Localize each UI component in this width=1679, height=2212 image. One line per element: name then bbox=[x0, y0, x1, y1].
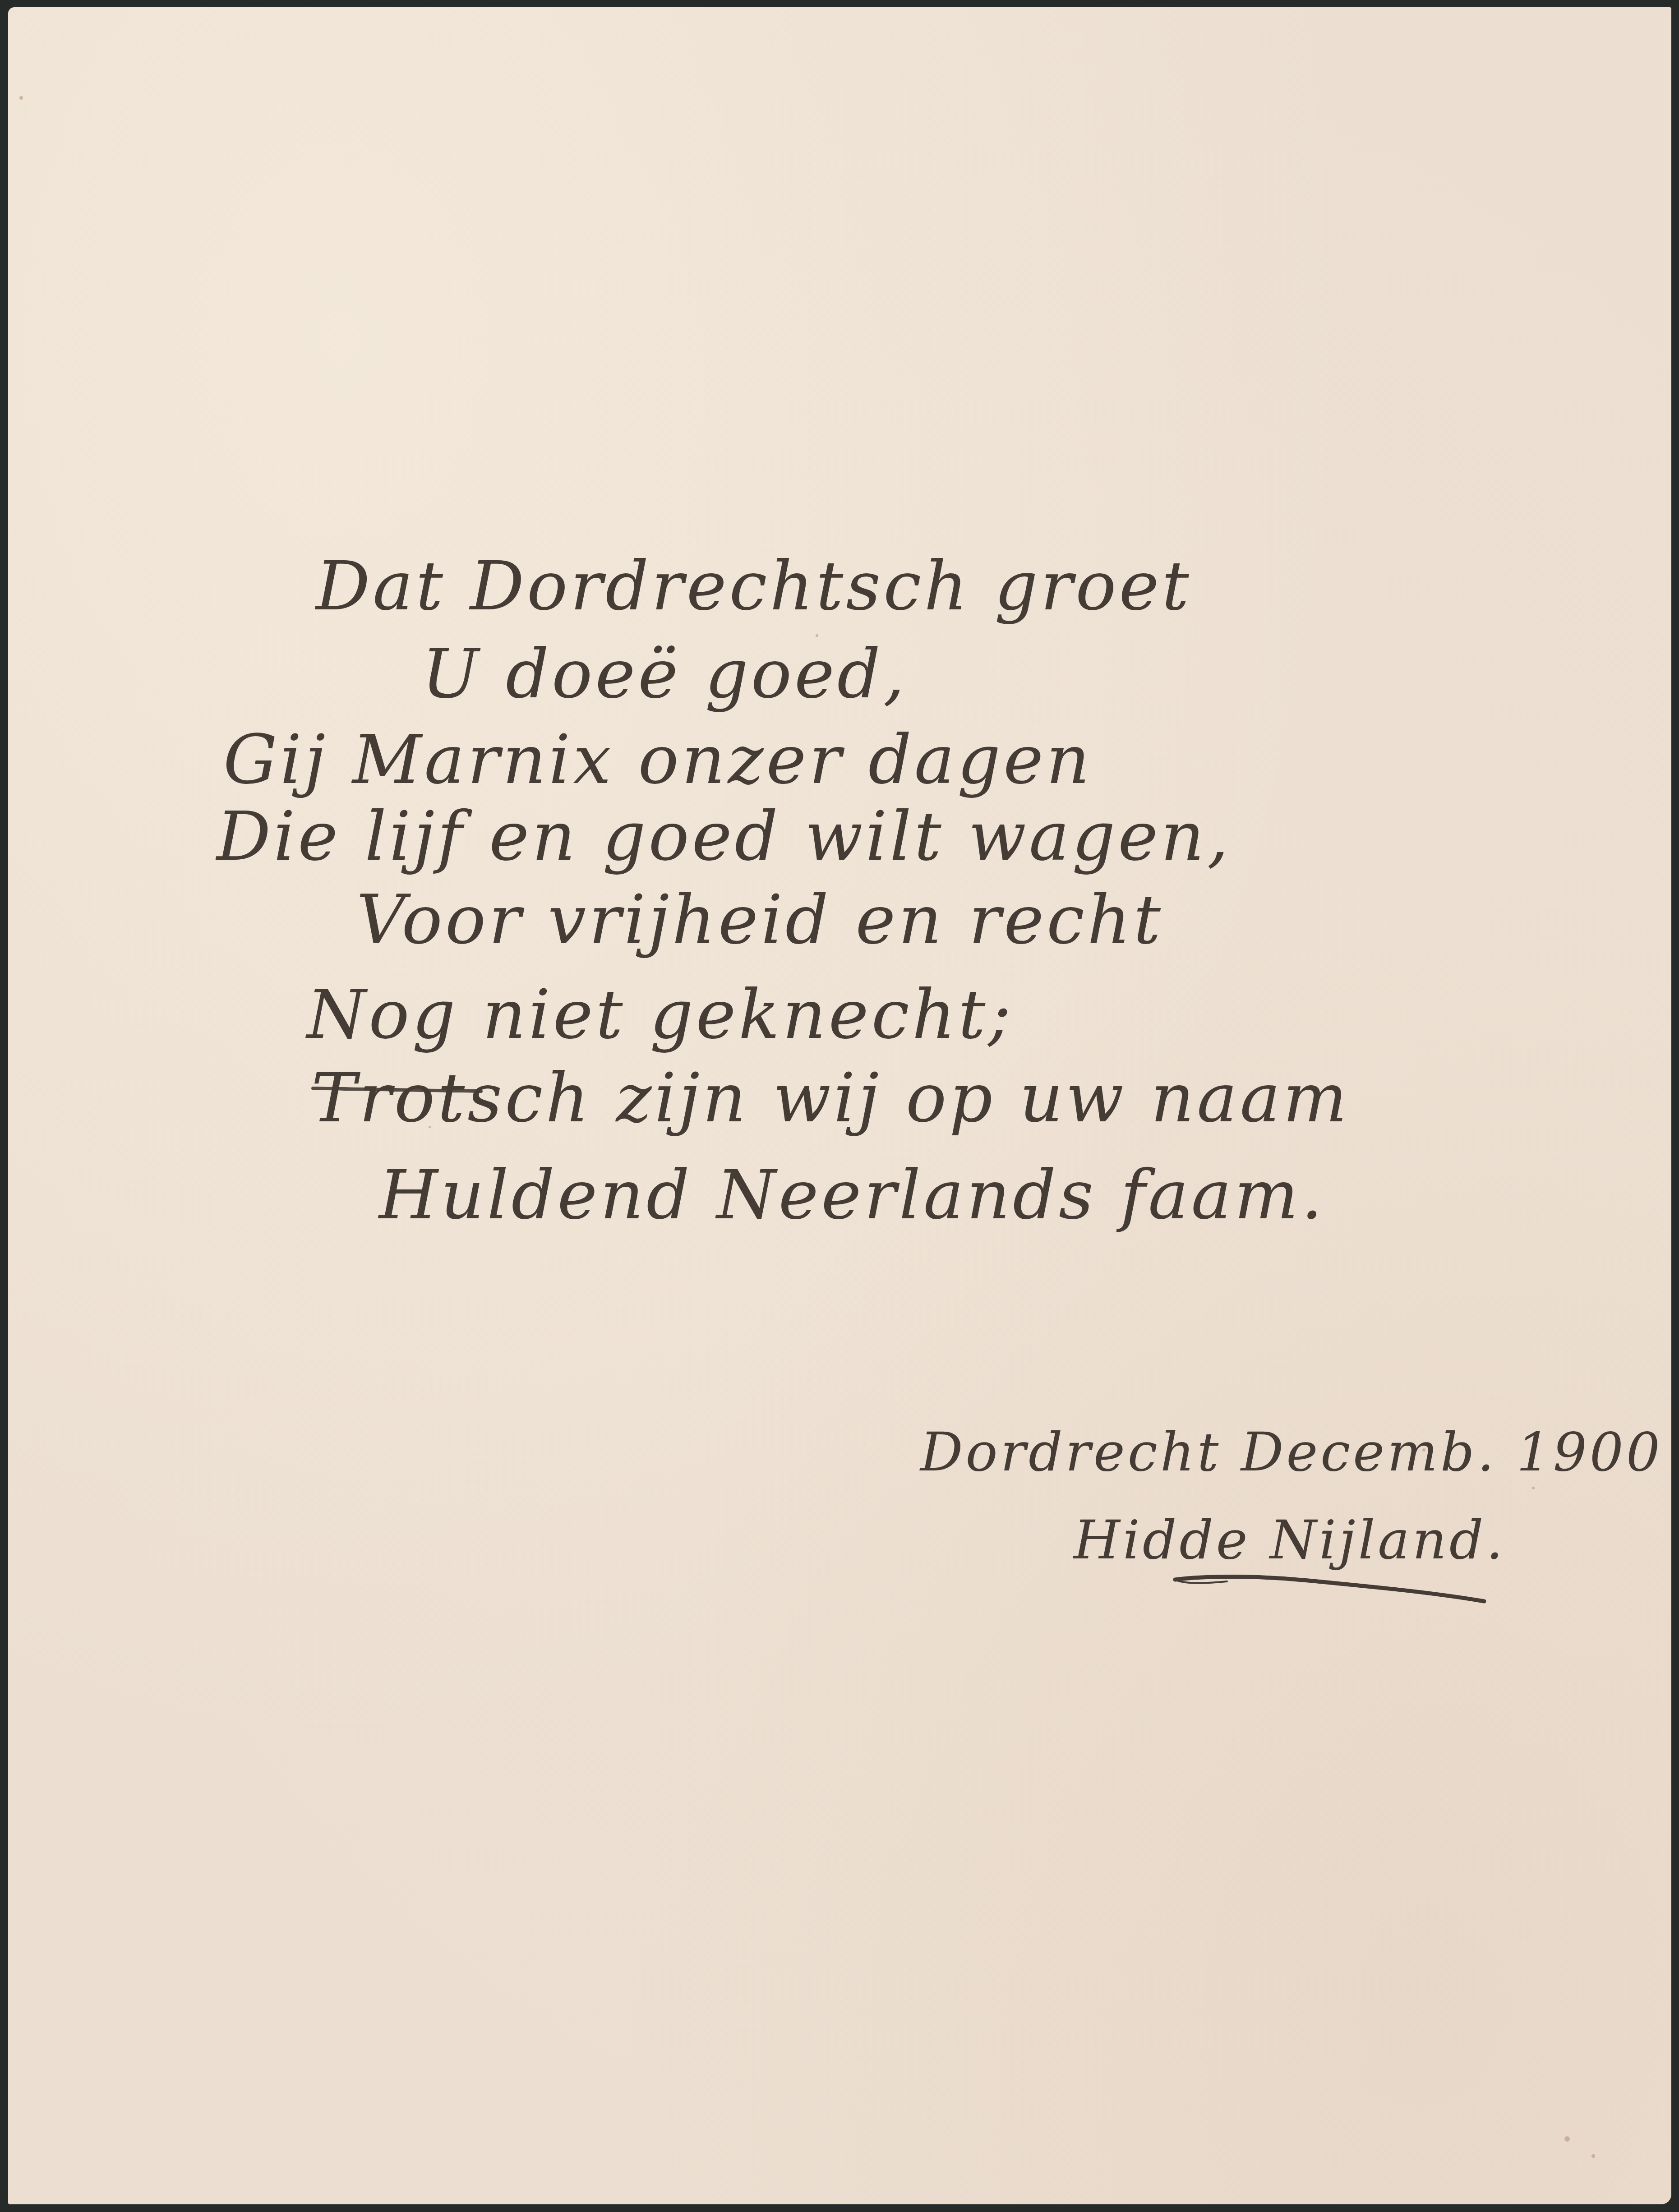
signature-flourish bbox=[1173, 1570, 1489, 1606]
poem-line: Huldend Neerlands faam. bbox=[379, 1161, 1325, 1229]
poem-line: Dat Dordrechtsch groet bbox=[316, 553, 1192, 620]
foxing-spot bbox=[1591, 2154, 1595, 2158]
poem-line: Gij Marnix onzer dagen bbox=[223, 726, 1093, 794]
poem-line: U doeë goed, bbox=[422, 641, 907, 708]
foxing-spot bbox=[1564, 2136, 1570, 2142]
poem-line: Voor vrijheid en recht bbox=[356, 886, 1163, 954]
place-date: Dordrecht Decemb. 1900 bbox=[920, 1425, 1663, 1479]
poem-line: Die lijf en goed wilt wagen, bbox=[217, 803, 1231, 871]
poem-line: Trotsch zijn wij op uw naam bbox=[311, 1065, 1350, 1132]
poem-line: Nog niet geknecht; bbox=[307, 981, 1014, 1049]
foxing-spot bbox=[1532, 1487, 1535, 1489]
foxing-spot bbox=[19, 96, 23, 100]
signature: Hidde Nijland. bbox=[1074, 1513, 1506, 1567]
